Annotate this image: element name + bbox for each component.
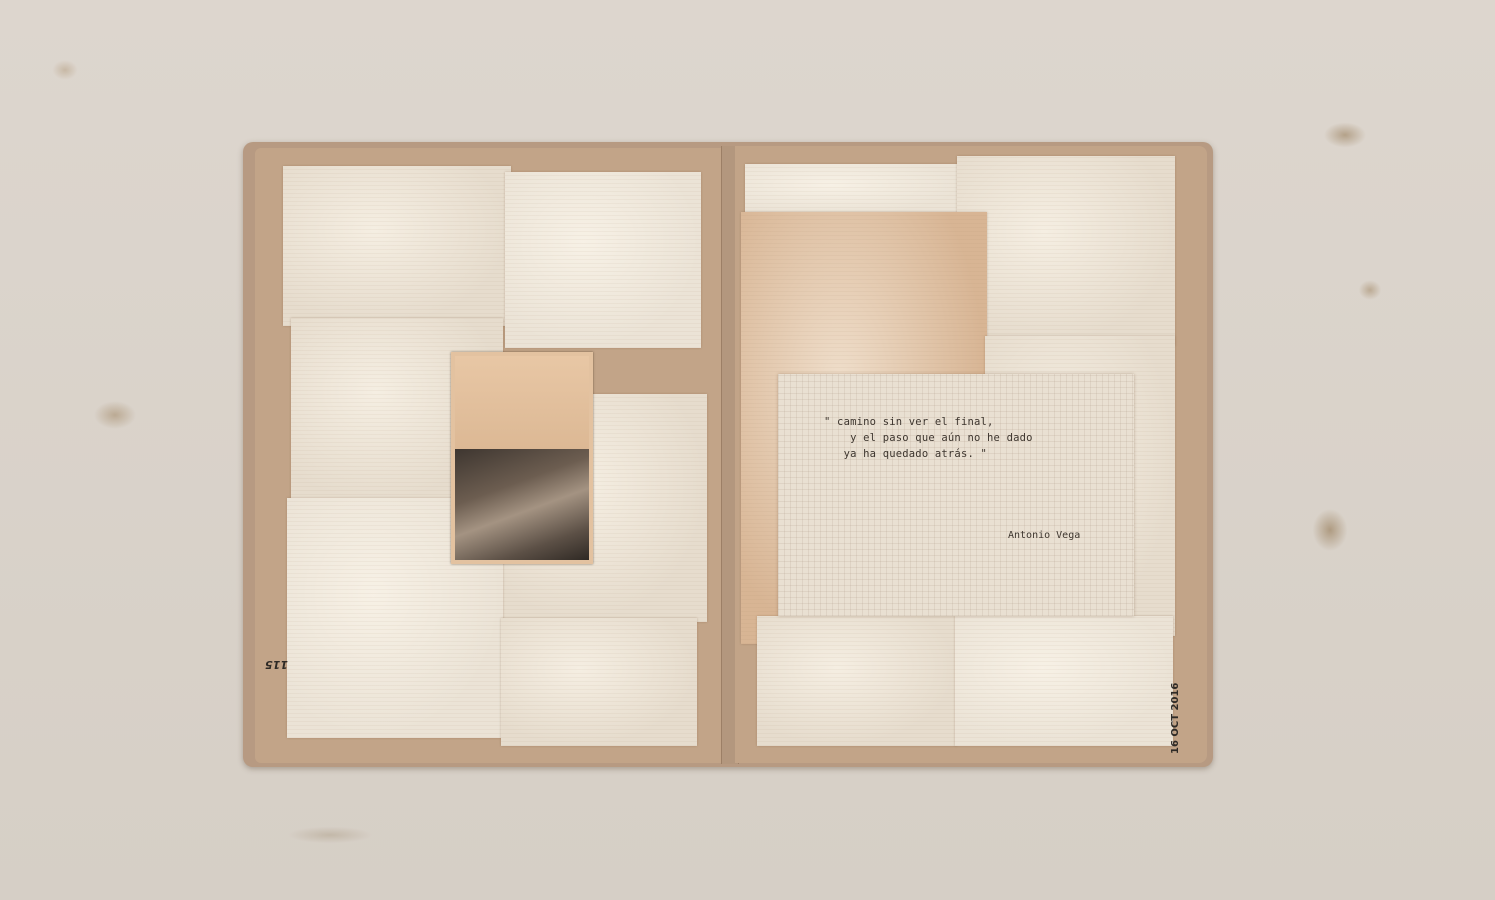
paper-scrap [957, 156, 1175, 346]
sepia-road-photo [451, 352, 593, 564]
paper-scrap [505, 172, 701, 348]
paper-scrap [745, 164, 961, 216]
photo-road [455, 449, 589, 560]
date-stamp: 16 OCT 2016 [1170, 683, 1181, 754]
typewritten-quote-card: " camino sin ver el final, y el paso que… [778, 374, 1134, 616]
paper-scrap [283, 166, 511, 326]
paper-scrap [955, 616, 1173, 746]
quote-line-3: ya ha quedado atrás. " [824, 448, 987, 460]
quote-line-1: " camino sin ver el final, [824, 416, 994, 428]
paper-scrap [757, 616, 957, 746]
quote-author: Antonio Vega [1008, 530, 1080, 541]
left-page: 115 [255, 148, 725, 763]
photo-sky [455, 356, 589, 451]
paper-scrap [501, 618, 697, 746]
page-mark: 115 [265, 658, 288, 671]
journal: 115 " camino sin ver el final, y el paso… [243, 142, 1213, 767]
quote-line-2: y el paso que aún no he dado [824, 432, 1033, 444]
